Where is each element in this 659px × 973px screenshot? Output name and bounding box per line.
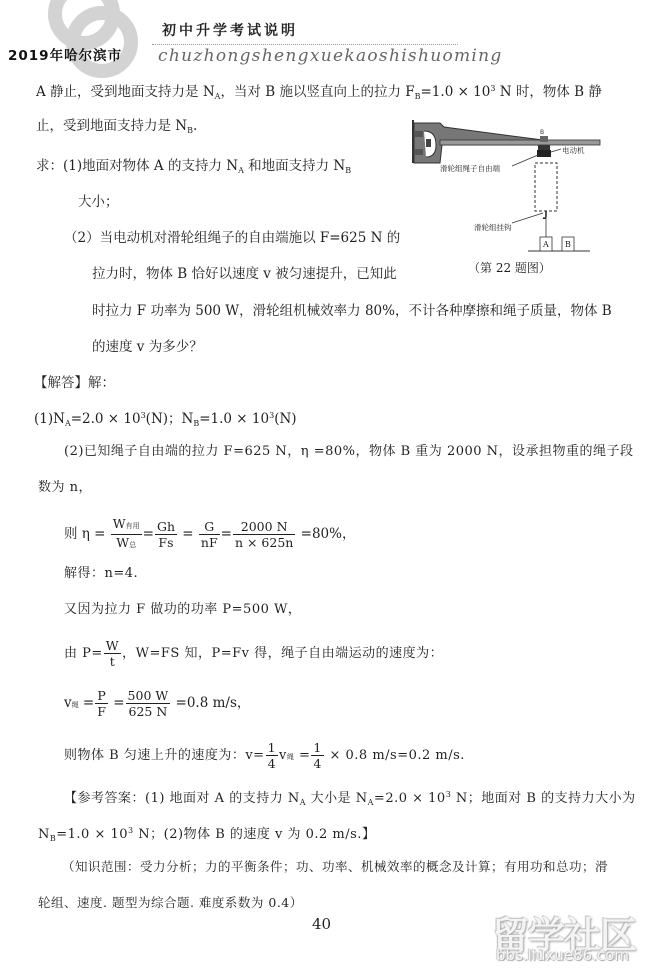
svg-text:滑轮组绳子自由端: 滑轮组绳子自由端 (440, 163, 500, 173)
solution-part-2-line-1: (2)已知绳子自由端的拉力 F=625 N，η =80%，物体 B 重为 200… (64, 443, 634, 461)
svg-text:B: B (565, 240, 571, 249)
watermark: 留学社区 bbs.liuxue86.com (490, 905, 650, 967)
knowledge-range-line-2: 轮组、速度. 题型为综合题. 难度系数为 0.4） (38, 894, 303, 912)
problem-line-1: A 静止，受到地面支持力是 NA，当对 B 施以竖直向上的拉力 FB=1.0 ×… (36, 80, 602, 106)
svg-text:B: B (540, 129, 544, 136)
figure-caption: （第 22 题图） (468, 259, 551, 276)
page-number: 40 (312, 915, 331, 933)
question-2-line-3: 时拉力 F 功率为 500 W，滑轮组机械效率力 80%，不计各种摩擦和绳子质量… (92, 302, 612, 320)
watermark-url: bbs.liuxue86.com (496, 946, 629, 964)
reference-answer-line-1: 【参考答案：(1) 地面对 A 的支持力 NA 大小是 NA=2.0 × 103… (64, 786, 636, 812)
header-title: 初中升学考试说明 (162, 20, 298, 40)
reference-answer-line-2: NB=1.0 × 103 N；(2)物体 B 的速度 v 为 0.2 m/s.】 (38, 822, 375, 848)
efficiency-equation: 则 η = W有用W总=GhFs = GnF=2000 Nn × 625n =8… (64, 516, 355, 553)
question-2-line-1: （2）当电动机对滑轮组绳子的自由端施以 F=625 N 的 (64, 229, 400, 247)
svg-text:滑轮组挂钩: 滑轮组挂钩 (474, 222, 512, 232)
svg-text:电动机: 电动机 (562, 145, 585, 155)
decorative-circle-bottom (66, 6, 138, 78)
object-b-velocity-equation: 则物体 B 匀速上升的速度为：v=14v绳 =14 × 0.8 m/s=0.2 … (64, 740, 465, 771)
question-2-line-2: 拉力时，物体 B 恰好以速度 v 被匀速提升，已知此 (92, 265, 397, 283)
solution-part-2-line-2: 数为 n， (38, 479, 92, 497)
svg-text:A: A (542, 240, 549, 249)
solve-n: 解得：n=4. (64, 565, 138, 583)
problem-line-2: 止，受到地面支持力是 NB. (36, 117, 197, 140)
solution-part-1: (1)NA=2.0 × 103(N)；NB=1.0 × 103(N) (34, 407, 297, 433)
header-divider (152, 44, 458, 45)
power-statement: 又因为拉力 F 做功的功率 P=500 W， (64, 601, 301, 619)
question-1-line-1: 求：(1)地面对物体 A 的支持力 NA 和地面支持力 NB (36, 157, 351, 180)
rope-velocity-equation: v绳 =PF =500 W625 N =0.8 m/s， (64, 688, 250, 719)
solution-heading: 【解答】解： (34, 374, 115, 392)
header-year-city: 2019年哈尔滨市 (8, 44, 122, 64)
power-formula: 由 P=Wt，W=FS 知，P=Fv 得，绳子自由端运动的速度为： (64, 638, 443, 669)
knowledge-range-line-1: （知识范围：受力分析；力的平衡条件；功、功率、机械效率的概念及计算；有用功和总功… (62, 858, 608, 876)
question-2-line-4: 的速度 v 为多少？ (92, 338, 203, 356)
question-1-line-2: 大小； (78, 193, 119, 211)
header-pinyin: chuzhongshengxuekaoshishuoming (158, 46, 503, 66)
